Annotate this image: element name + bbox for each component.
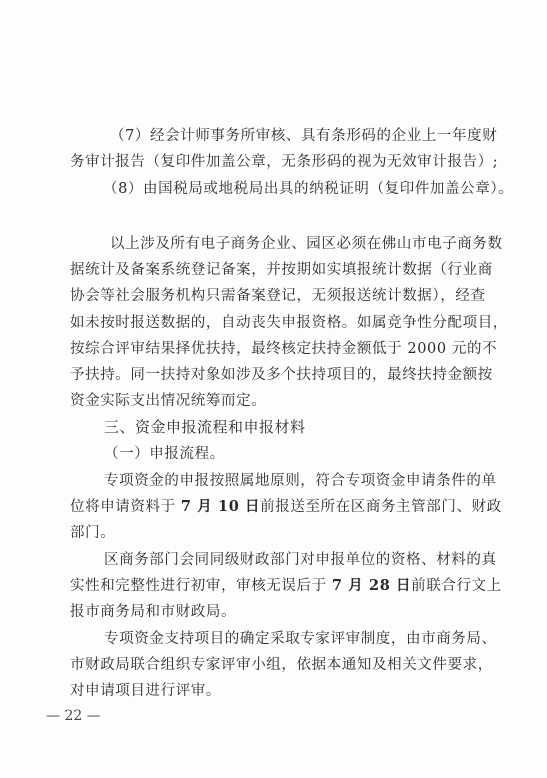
para1-line-5: 按综合评审结果择优扶持，最终核定扶持金额低于 2000 元的不 — [70, 337, 497, 358]
page-number: — 22 — — [46, 708, 101, 724]
para1-line-1: 以上涉及所有电子商务企业、园区必须在佛山市电子商务数 — [110, 232, 503, 253]
para4-line-3: 对申请项目进行评审。 — [70, 679, 221, 700]
para1-line-4: 如未按时报送数据的，自动丧失申报资格。如属竞争性分配项目， — [70, 311, 508, 332]
subsection-heading: （一）申报流程。 — [104, 442, 225, 463]
para1-line-7: 资金实际支出情况统筹而定。 — [70, 389, 266, 410]
para1-line-2: 据统计及备案系统登记备案，并按期如实填报统计数据（行业商 — [70, 258, 493, 279]
section-heading: 三、资金申报流程和申报材料 — [104, 416, 306, 437]
text: 前联合行文上 — [411, 578, 502, 594]
text: 实性和完整性进行初审，审核无误后于 — [70, 578, 332, 594]
text: 前报送至所在区商务主管部门、财政 — [260, 499, 502, 515]
para2-line-3: 部门。 — [70, 521, 115, 542]
deadline-date: 7 月 28 日 — [332, 577, 411, 594]
para2-line-1: 专项资金的申报按照属地原则，符合专项资金申请条件的单 — [104, 469, 497, 490]
para3-line-2: 实性和完整性进行初审，审核无误后于 7 月 28 日前联合行文上 — [70, 574, 502, 595]
deadline-date: 7 月 10 日 — [181, 498, 260, 515]
para1-line-6: 予扶持。同一扶持对象如涉及多个扶持项目的，最终扶持金额按 — [70, 363, 493, 384]
item-7-line-2: 务审计报告（复印件加盖公章，无条形码的视为无效审计报告）; — [70, 150, 498, 171]
para4-line-2: 市财政局联合组织专家评审小组，依据本通知及相关文件要求， — [70, 653, 493, 674]
para3-line-1: 区商务部门会同同级财政部门对申报单位的资格、材料的真 — [104, 548, 497, 569]
text: 位将申请资料于 — [70, 499, 181, 515]
para2-line-2: 位将申请资料于 7 月 10 日前报送至所在区商务主管部门、财政 — [70, 495, 502, 516]
para4-line-1: 专项资金支持项目的确定采取专家评审制度，由市商务局、 — [104, 627, 497, 648]
para1-line-3: 协会等社会服务机构只需备案登记，无须报送统计数据），经查 — [70, 284, 486, 305]
item-8: （8）由国税局或地税局出具的纳税证明（复印件加盖公章）。 — [103, 177, 513, 198]
item-7-line-1: （7）经会计师事务所审核、具有条形码的企业上一年度财 — [110, 124, 497, 145]
para3-line-3: 报市商务局和市财政局。 — [70, 600, 236, 621]
